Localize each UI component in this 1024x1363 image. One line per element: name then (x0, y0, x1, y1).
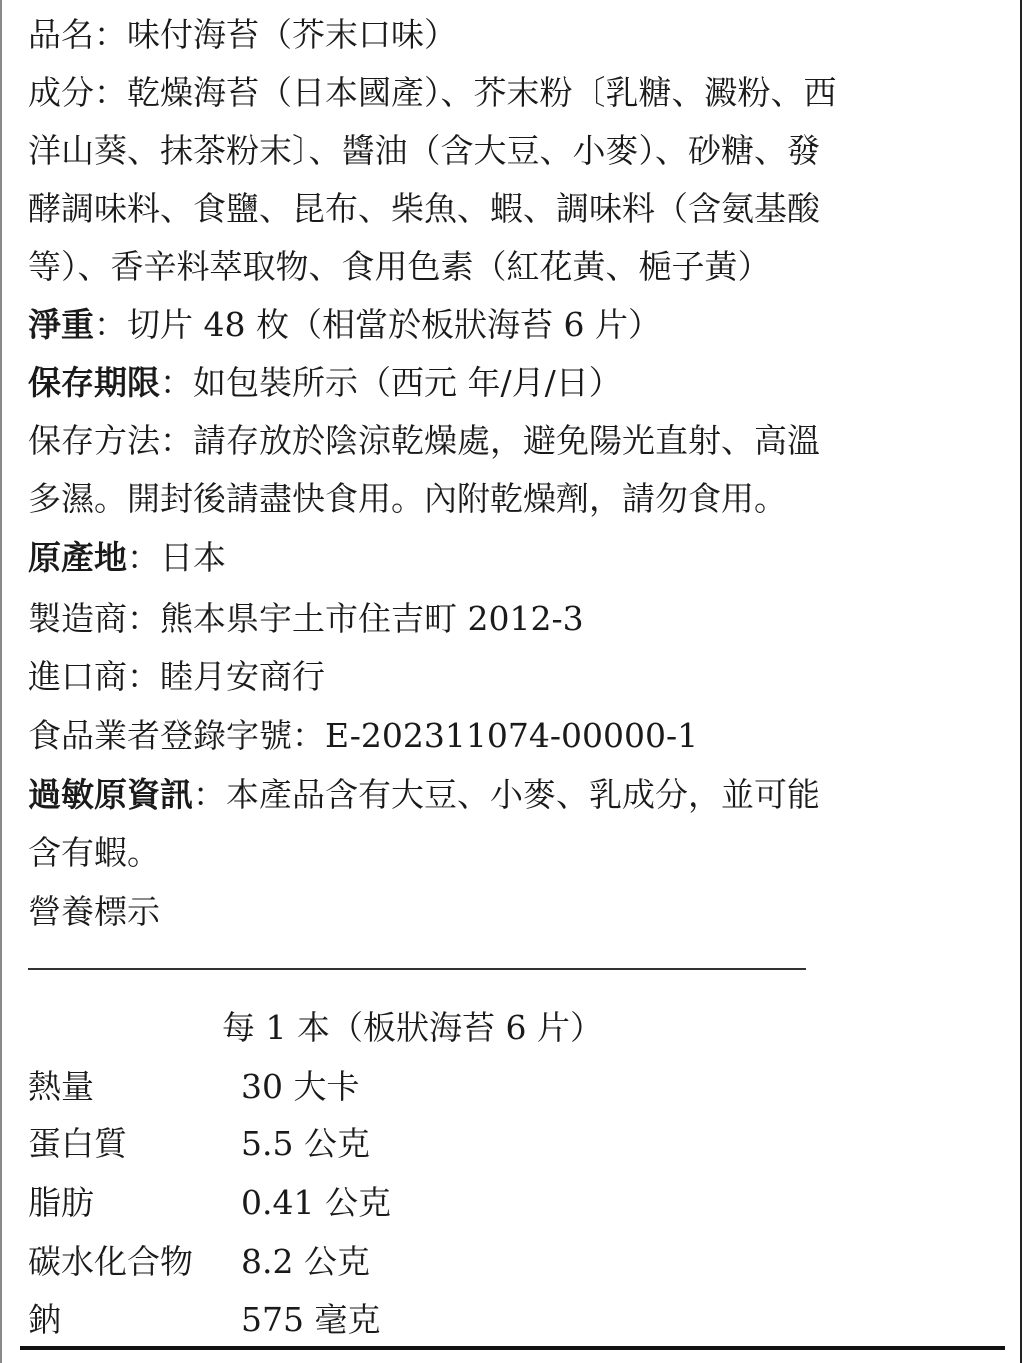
nutrient-value: 5.5 公克 (241, 1115, 370, 1173)
nutrient-value: 30 大卡 (241, 1058, 359, 1116)
ingredients-text-2: 洋山葵、抹茶粉末〕、醬油（含大豆、小麥）、砂糖、發 (28, 131, 820, 170)
nutrition-title-text: 營養標示 (28, 892, 160, 931)
right-border (1020, 0, 1022, 1363)
allergen-text-2: 含有蝦。 (28, 833, 160, 872)
ingredients-text-1: 乾燥海苔（日本國產）、芥末粉〔乳糖、澱粉、西 (127, 73, 837, 112)
product-name-line: 品名：味付海苔（芥末口味） (28, 6, 457, 64)
ingredients-line-4: 等）、香辛料萃取物、食用色素（紅花黃、梔子黃） (28, 238, 771, 296)
nutrient-value: 575 毫克 (241, 1291, 380, 1349)
nutrient-name: 蛋白質 (28, 1115, 241, 1173)
net-weight-key: 淨重 (28, 305, 94, 344)
origin-sep: ： (127, 538, 160, 577)
nutrient-name: 碳水化合物 (28, 1233, 241, 1291)
net-weight-value: 切片 48 枚（相當於板狀海苔 6 片） (127, 305, 661, 344)
shelf-life-line: 保存期限：如包裝所示（西元 年/月/日） (28, 354, 622, 412)
importer-key: 進口商 (28, 657, 127, 696)
storage-line-2: 多濕。開封後請盡快食用。內附乾燥劑，請勿食用。 (28, 470, 787, 528)
storage-key: 保存方法 (28, 421, 160, 460)
registration-sep: ： (292, 716, 325, 755)
storage-text-1: 請存放於陰涼乾燥處，避免陽光直射、高溫 (193, 421, 820, 460)
ingredients-line-2: 洋山葵、抹茶粉末〕、醬油（含大豆、小麥）、砂糖、發 (28, 122, 820, 180)
nutrition-row: 蛋白質5.5 公克 (28, 1115, 370, 1173)
allergen-sep: ： (193, 775, 226, 814)
shelf-life-value: 如包裝所示（西元 年/月/日） (193, 363, 622, 402)
shelf-life-key: 保存期限 (28, 363, 160, 402)
origin-line: 原產地：日本 (28, 529, 226, 587)
nutrition-row: 脂肪0.41 公克 (28, 1174, 391, 1232)
allergen-line-2: 含有蝦。 (28, 824, 160, 882)
nutrition-row: 鈉575 毫克 (28, 1291, 380, 1349)
nutrient-name: 鈉 (28, 1291, 241, 1349)
bottom-rule (20, 1346, 1005, 1350)
manufacturer-key: 製造商 (28, 599, 127, 638)
ingredients-line-3: 酵調味料、食鹽、昆布、柴魚、蝦、調味料（含氨基酸 (28, 180, 820, 238)
registration-value: E-202311074-00000-1 (325, 716, 698, 755)
manufacturer-line: 製造商：熊本県宇土市住吉町 2012-3 (28, 590, 584, 648)
product-name-value: 味付海苔（芥末口味） (127, 15, 457, 54)
product-name-key: 品名 (28, 15, 94, 54)
manufacturer-sep: ： (127, 599, 160, 638)
ingredients-line-1: 成分：乾燥海苔（日本國產）、芥末粉〔乳糖、澱粉、西 (28, 64, 837, 122)
origin-value: 日本 (160, 538, 226, 577)
allergen-key: 過敏原資訊 (28, 775, 193, 814)
shelf-life-sep: ： (160, 363, 193, 402)
storage-line-1: 保存方法：請存放於陰涼乾燥處，避免陽光直射、高溫 (28, 412, 820, 470)
registration-key: 食品業者登錄字號 (28, 716, 292, 755)
nutrition-title: 營養標示 (28, 883, 160, 941)
nutrition-row: 熱量30 大卡 (28, 1058, 359, 1116)
left-border (0, 0, 2, 1363)
importer-sep: ： (127, 657, 160, 696)
ingredients-key: 成分 (28, 73, 94, 112)
allergen-text-1: 本產品含有大豆、小麥、乳成分，並可能 (226, 775, 820, 814)
origin-key: 原產地 (28, 538, 127, 577)
importer-value: 睦月安商行 (160, 657, 325, 696)
nutrient-name: 脂肪 (28, 1174, 241, 1232)
nutrition-divider (28, 968, 806, 970)
nutrient-name: 熱量 (28, 1058, 241, 1116)
ingredients-text-3: 酵調味料、食鹽、昆布、柴魚、蝦、調味料（含氨基酸 (28, 189, 820, 228)
importer-line: 進口商：睦月安商行 (28, 648, 325, 706)
registration-line: 食品業者登錄字號：E-202311074-00000-1 (28, 707, 698, 765)
ingredients-text-4: 等）、香辛料萃取物、食用色素（紅花黃、梔子黃） (28, 247, 771, 286)
allergen-line-1: 過敏原資訊：本產品含有大豆、小麥、乳成分，並可能 (28, 766, 820, 824)
nutrition-row: 碳水化合物8.2 公克 (28, 1233, 370, 1291)
storage-text-2: 多濕。開封後請盡快食用。內附乾燥劑，請勿食用。 (28, 479, 787, 518)
manufacturer-value: 熊本県宇土市住吉町 2012-3 (160, 599, 584, 638)
nutrition-serving-header: 每 1 本（板狀海苔 6 片） (222, 999, 603, 1057)
product-name-sep: ： (94, 15, 127, 54)
net-weight-sep: ： (94, 305, 127, 344)
ingredients-sep: ： (94, 73, 127, 112)
storage-sep: ： (160, 421, 193, 460)
net-weight-line: 淨重：切片 48 枚（相當於板狀海苔 6 片） (28, 296, 661, 354)
nutrient-value: 8.2 公克 (241, 1233, 370, 1291)
nutrient-value: 0.41 公克 (241, 1174, 391, 1232)
